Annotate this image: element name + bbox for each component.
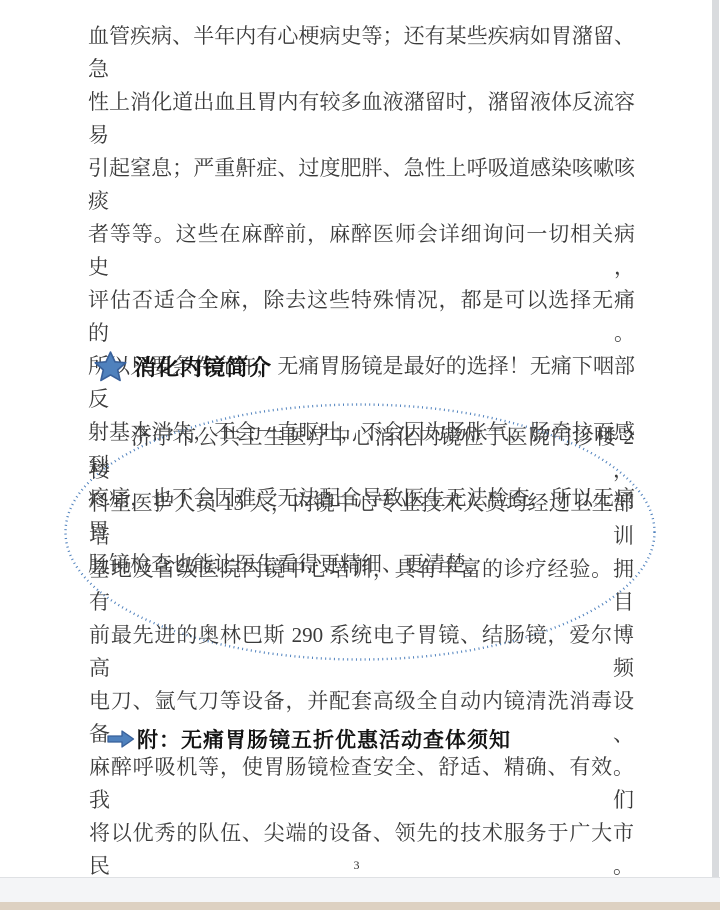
paragraph-line: 引起窒息；严重鼾症、过度肥胖、急性上呼吸道感染咳嗽咳痰 [88, 152, 635, 218]
paragraph-line: 前最先进的奥林巴斯 290 系统电子胃镜、结肠镜，爱尔博高频 [89, 619, 634, 685]
vertical-scrollbar[interactable] [712, 0, 719, 877]
appendix-text: 附：无痛胃肠镜五折优惠活动查体须知 [137, 724, 511, 754]
paragraph-line: 评估否适合全麻，除去这些特殊情况，都是可以选择无痛的。 [88, 284, 635, 350]
star-icon [94, 350, 127, 383]
section-title: 消化内镜简介 [134, 351, 272, 382]
document-page: 血管疾病、半年内有心梗病史等；还有某些疾病如胃潴留、急 性上消化道出血且胃内有较… [0, 0, 713, 877]
oval-callout-paragraph: 济宁市公共卫生医疗中心消化内镜位于医院门诊楼 2 楼， 科室医护人员 15 人，… [89, 421, 634, 883]
paragraph-line: 麻醉呼吸机等，使胃肠镜检查安全、舒适、精确、有效。我们 [89, 751, 634, 817]
right-arrow-icon [106, 728, 136, 750]
paragraph-line: 基地及省级医院内镜中心培训，具有丰富的诊疗经验。拥有目 [89, 553, 634, 619]
page-number: 3 [0, 858, 713, 873]
bottom-bar [0, 902, 720, 910]
below-page-background [0, 878, 720, 902]
section-header: 消化内镜简介 [94, 350, 272, 383]
paragraph-line: 科室医护人员 15 人，内镜中心专业技术人员均经过卫生部培训 [89, 487, 634, 553]
paragraph-line: 者等等。这些在麻醉前，麻醉医师会详细询问一切相关病史， [88, 218, 635, 284]
paragraph-line: 性上消化道出血且胃内有较多血液潴留时，潴留液体反流容易 [88, 86, 635, 152]
paragraph-line: 济宁市公共卫生医疗中心消化内镜位于医院门诊楼 2 楼， [89, 421, 634, 487]
paragraph-line: 将以优秀的队伍、尖端的设备、领先的技术服务于广大市民。 [89, 817, 634, 883]
paragraph-line: 血管疾病、半年内有心梗病史等；还有某些疾病如胃潴留、急 [88, 20, 635, 86]
appendix-line: 附：无痛胃肠镜五折优惠活动查体须知 [106, 724, 511, 754]
